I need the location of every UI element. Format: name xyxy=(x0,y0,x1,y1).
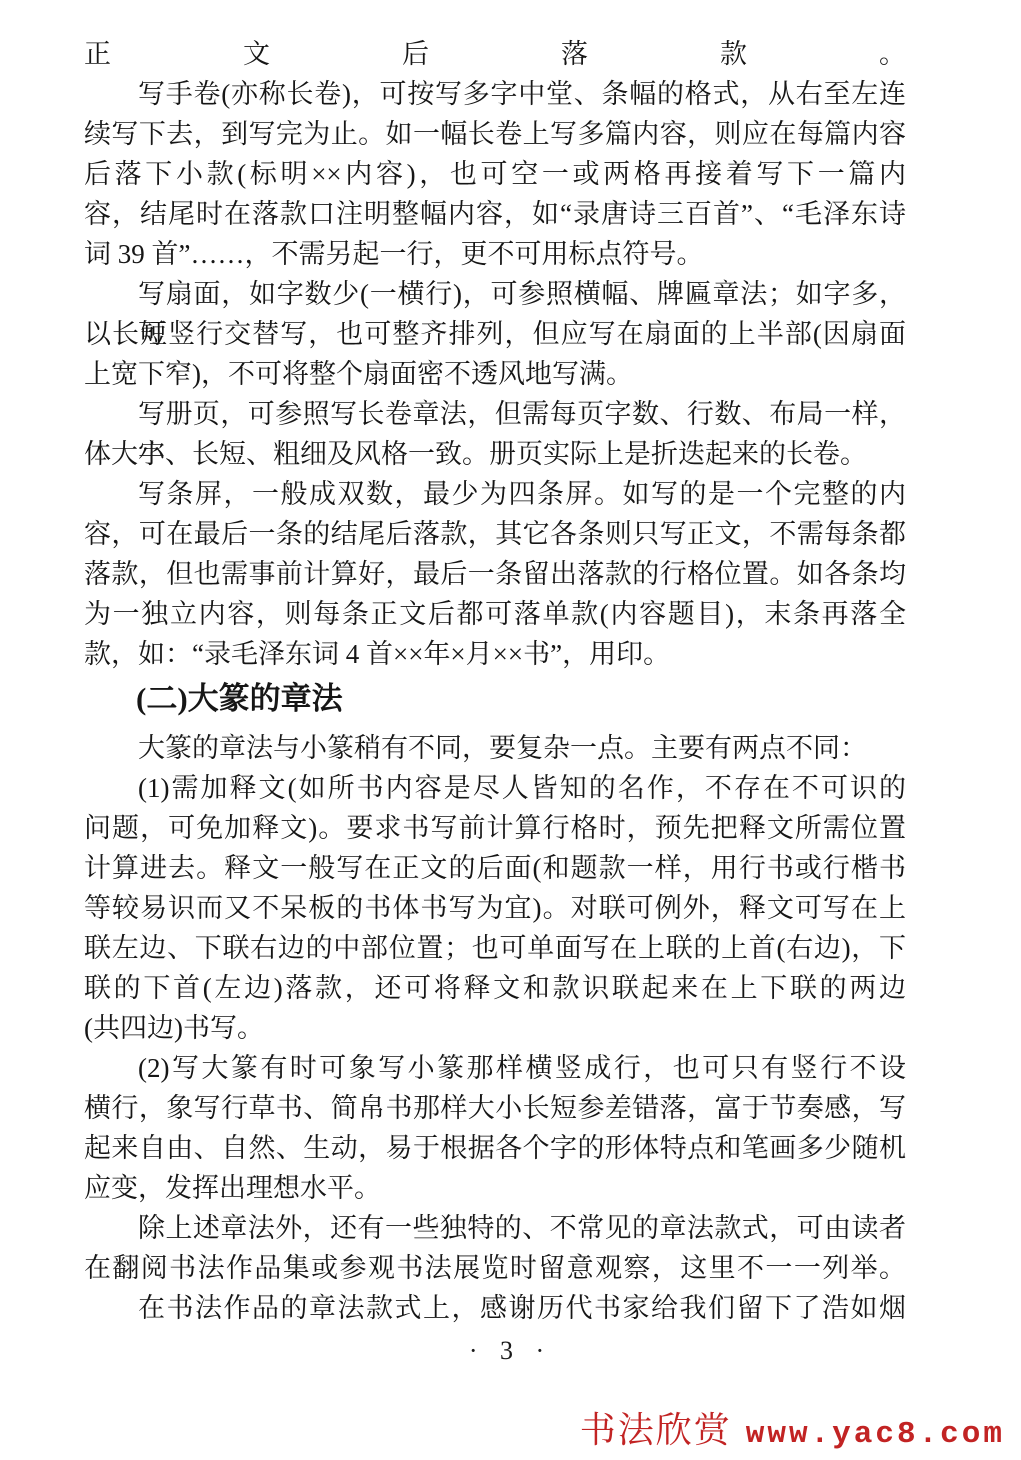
section-heading: (二)大篆的章法 xyxy=(84,676,906,722)
text-line: 应变，发挥出理想水平。 xyxy=(84,1168,906,1208)
text-line: 联左边、下联右边的中部位置；也可单面写在上联的上首(右边)，下 xyxy=(84,928,906,968)
text-line: (2)写大篆有时可象写小篆那样横竖成行，也可只有竖行不设 xyxy=(84,1048,906,1088)
text-line: 为一独立内容，则每条正文后都可落单款(内容题目)，末条再落全 xyxy=(84,594,906,634)
text-line: 大篆的章法与小篆稍有不同，要复杂一点。主要有两点不同： xyxy=(84,728,906,768)
watermark-site-name: 书法欣赏 xyxy=(580,1410,732,1450)
text-line: 正文后落款。 xyxy=(84,34,906,74)
site-watermark: 书法欣赏www.yac8.com xyxy=(580,1402,1005,1453)
text-line: 问题，可免加释文)。要求书写前计算行格时，预先把释文所需位置 xyxy=(84,808,906,848)
text-line: 续写下去，到写完为止。如一幅长卷上写多篇内容，则应在每篇内容 xyxy=(84,114,906,154)
page-number: · 3 · xyxy=(0,1336,1021,1366)
text-line: 词 39 首”……，不需另起一行，更不可用标点符号。 xyxy=(84,234,906,274)
text-line: 容，可在最后一条的结尾后落款，其它各条则只写正文，不需每条都 xyxy=(84,514,906,554)
text-line: 后落下小款(标明××内容)，也可空一或两格再接着写下一篇内 xyxy=(84,154,906,194)
text-line: 款，如：“录毛泽东词 4 首××年×月××书”，用印。 xyxy=(84,634,906,674)
text-line: 上宽下窄)，不可将整个扇面密不透风地写满。 xyxy=(84,354,906,394)
document-text: 正文后落款。 写手卷(亦称长卷)，可按写多字中堂、条幅的格式，从右至左连 续写下… xyxy=(84,34,906,1328)
scanned-book-page: 正文后落款。 写手卷(亦称长卷)，可按写多字中堂、条幅的格式，从右至左连 续写下… xyxy=(0,0,1021,1460)
text-line: 起来自由、自然、生动，易于根据各个字的形体特点和笔画多少随机 xyxy=(84,1128,906,1168)
text-line: 横行，象写行草书、简帛书那样大小长短参差错落，富于节奏感，写 xyxy=(84,1088,906,1128)
text-line: 体大小、长短、粗细及风格一致。册页实际上是折迭起来的长卷。 xyxy=(84,434,906,474)
text-line: 容，结尾时在落款口注明整幅内容，如“录唐诗三百首”、“毛泽东诗 xyxy=(84,194,906,234)
text-line: 写扇面，如字数少(一横行)，可参照横幅、牌匾章法；如字多，可 xyxy=(84,274,906,314)
text-line: 联的下首(左边)落款，还可将释文和款识联起来在上下联的两边 xyxy=(84,968,906,1008)
text-line: 落款，但也需事前计算好，最后一条留出落款的行格位置。如各条均 xyxy=(84,554,906,594)
text-line: 在翻阅书法作品集或参观书法展览时留意观察，这里不一一列举。 xyxy=(84,1248,906,1288)
watermark-site-url: www.yac8.com xyxy=(746,1417,1005,1452)
text-line: 计算进去。释文一般写在正文的后面(和题款一样，用行书或行楷书 xyxy=(84,848,906,888)
text-line: (1)需加释文(如所书内容是尽人皆知的名作，不存在不可识的 xyxy=(84,768,906,808)
text-line: 在书法作品的章法款式上，感谢历代书家给我们留下了浩如烟 xyxy=(84,1288,906,1328)
text-line: 写手卷(亦称长卷)，可按写多字中堂、条幅的格式，从右至左连 xyxy=(84,74,906,114)
text-line: 等较易识而又不呆板的书体书写为宜)。对联可例外，释文可写在上 xyxy=(84,888,906,928)
text-line: 除上述章法外，还有一些独特的、不常见的章法款式，可由读者 xyxy=(84,1208,906,1248)
text-line: 写条屏，一般成双数，最少为四条屏。如写的是一个完整的内 xyxy=(84,474,906,514)
text-line: 写册页，可参照写长卷章法，但需每页字数、行数、布局一样，字 xyxy=(84,394,906,434)
text-line: (共四边)书写。 xyxy=(84,1008,906,1048)
text-line: 以长短竖行交替写，也可整齐排列，但应写在扇面的上半部(因扇面 xyxy=(84,314,906,354)
